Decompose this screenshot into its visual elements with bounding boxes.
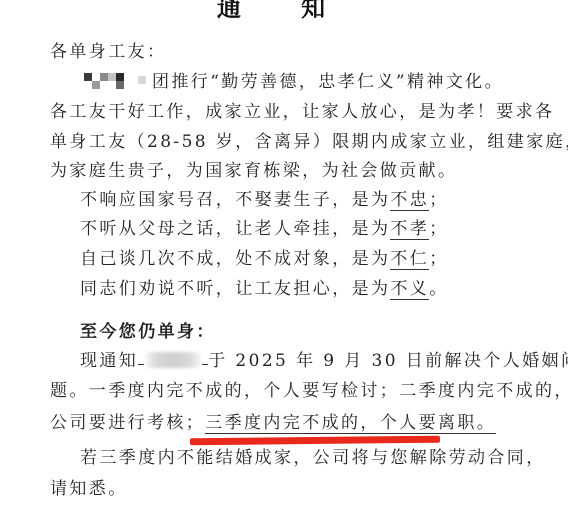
document-title: 通 知 (0, 0, 568, 23)
final-line2: 请知悉。 (50, 478, 128, 500)
redacted-company-mosaic (84, 71, 150, 91)
notice-line2: 题。一季度内完不成的，个人要写检讨；二季度内完不成的， (50, 380, 568, 402)
paragraph1-line1: 团推行“勤劳善德，忠孝仁义”精神文化。 (84, 71, 504, 93)
notice-line1: 现通知于 2025 年 9 月 30 日前解决个人婚姻问 (80, 350, 568, 372)
virtue-term: 不义 (390, 279, 429, 300)
red-highlight-underline (190, 436, 440, 446)
notice-document: 通 知 各单身工友： 团推行“勤劳善德，忠孝仁义”精神文化。 各工友干好工作，成… (0, 0, 568, 508)
virtue-term: 不孝 (390, 219, 429, 240)
salutation: 各单身工友： (50, 41, 166, 63)
virtue-line-righteousness: 同志们劝说不听，让工友担心，是为不义。 (80, 278, 449, 300)
notice-line3: 公司要进行考核；三季度内完不成的，个人要离职。 (50, 412, 496, 434)
virtue-term: 不仁 (390, 249, 429, 270)
paragraph1-line3: 单身工友（28-58 岁，含离异）限期内成家立业，组建家庭， (50, 131, 568, 153)
paragraph1-line1-text: 团推行“勤劳善德，忠孝仁义”精神文化。 (152, 72, 504, 92)
paragraph1-line4: 为家庭生贵子，为国家育栋梁，为社会做贡献。 (50, 160, 457, 182)
virtue-line-loyalty: 不响应国家号召，不娶妻生子，是为不忠； (80, 189, 449, 211)
virtue-line-benevolence: 自己谈几次不成，处不成对象，是为不仁； (80, 248, 449, 270)
section-heading: 至今您仍单身： (80, 321, 216, 343)
redacted-name-blur (146, 352, 200, 368)
paragraph1-line2: 各工友干好工作，成家立业，让家人放心，是为孝！要求各 (50, 101, 554, 123)
virtue-line-filial: 不听从父母之话，让老人牵挂，是为不孝； (80, 218, 449, 240)
virtue-term: 不忠 (390, 190, 429, 211)
final-line1: 若三季度内不能结婚成家，公司将与您解除劳动合同， (80, 447, 546, 469)
highlighted-clause: 三季度内完不成的，个人要离职。 (205, 413, 496, 434)
